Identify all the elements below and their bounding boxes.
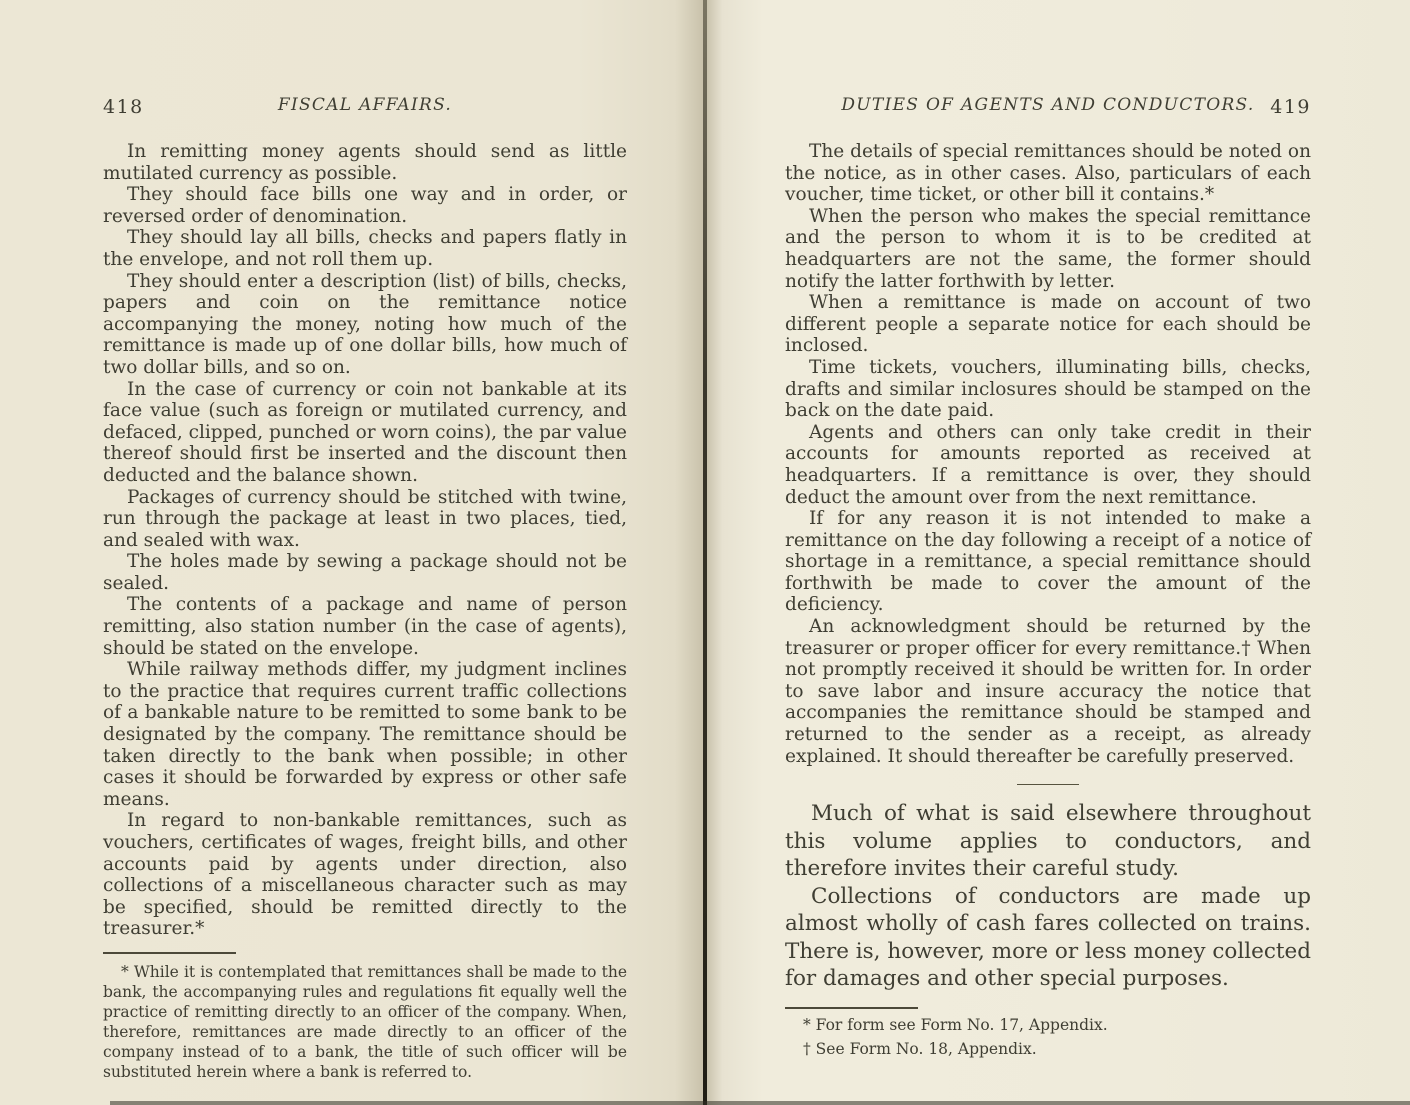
- paragraph: In regard to non-bankable remittances, s…: [103, 810, 627, 940]
- paragraph: When the person who makes the special re…: [785, 206, 1311, 292]
- footnote-divider: [103, 952, 236, 954]
- paragraph: Packages of currency should be stitched …: [103, 487, 627, 552]
- book-spread: 418 FISCAL AFFAIRS. In remitting money a…: [0, 0, 1410, 1105]
- paragraph: The contents of a package and name of pe…: [103, 594, 627, 659]
- footnote-divider: [785, 1007, 918, 1009]
- paragraph: In remitting money agents should send as…: [103, 141, 627, 184]
- paragraph: Time tickets, vouchers, illuminating bil…: [785, 357, 1311, 422]
- paragraph: They should enter a description (list) o…: [103, 271, 627, 379]
- right-page: DUTIES OF AGENTS AND CONDUCTORS. 419 The…: [707, 0, 1410, 1105]
- section-divider: [1017, 784, 1079, 785]
- paragraph: When a remittance is made on account of …: [785, 292, 1311, 357]
- left-page-content: 418 FISCAL AFFAIRS. In remitting money a…: [103, 95, 627, 1082]
- paragraph: While railway methods differ, my judgmen…: [103, 659, 627, 810]
- left-page-number: 418: [103, 96, 144, 118]
- footnote: † See Form No. 18, Appendix.: [785, 1037, 1311, 1061]
- conductors-section-text: Much of what is said elsewhere throughou…: [785, 800, 1311, 993]
- right-footnotes: * For form see Form No. 17, Appendix. † …: [785, 1007, 1311, 1061]
- paragraph: They should lay all bills, checks and pa…: [103, 227, 627, 270]
- scan-bottom-edge: [110, 1101, 1410, 1105]
- left-running-title: FISCAL AFFAIRS.: [103, 95, 627, 115]
- paragraph: Collections of conductors are made up al…: [785, 883, 1311, 993]
- left-page: 418 FISCAL AFFAIRS. In remitting money a…: [0, 0, 703, 1105]
- paragraph: They should face bills one way and in or…: [103, 184, 627, 227]
- right-body-text: The details of special remittances shoul…: [785, 141, 1311, 767]
- paragraph: An acknowledgment should be returned by …: [785, 616, 1311, 767]
- footnote: * For form see Form No. 17, Appendix.: [785, 1013, 1311, 1037]
- footnote: * While it is contemplated that remittan…: [103, 962, 627, 1082]
- paragraph: The holes made by sewing a package shoul…: [103, 551, 627, 594]
- paragraph: In the case of currency or coin not bank…: [103, 379, 627, 487]
- paragraph: If for any reason it is not intended to …: [785, 508, 1311, 616]
- left-running-header: 418 FISCAL AFFAIRS.: [103, 95, 627, 121]
- right-page-content: DUTIES OF AGENTS AND CONDUCTORS. 419 The…: [785, 95, 1311, 1061]
- paragraph: Agents and others can only take credit i…: [785, 422, 1311, 508]
- right-running-title: DUTIES OF AGENTS AND CONDUCTORS.: [785, 95, 1311, 115]
- paragraph: Much of what is said elsewhere throughou…: [785, 800, 1311, 883]
- left-body-text: In remitting money agents should send as…: [103, 141, 627, 940]
- right-page-number: 419: [1270, 96, 1311, 118]
- paragraph: The details of special remittances shoul…: [785, 141, 1311, 206]
- right-running-header: DUTIES OF AGENTS AND CONDUCTORS. 419: [785, 95, 1311, 121]
